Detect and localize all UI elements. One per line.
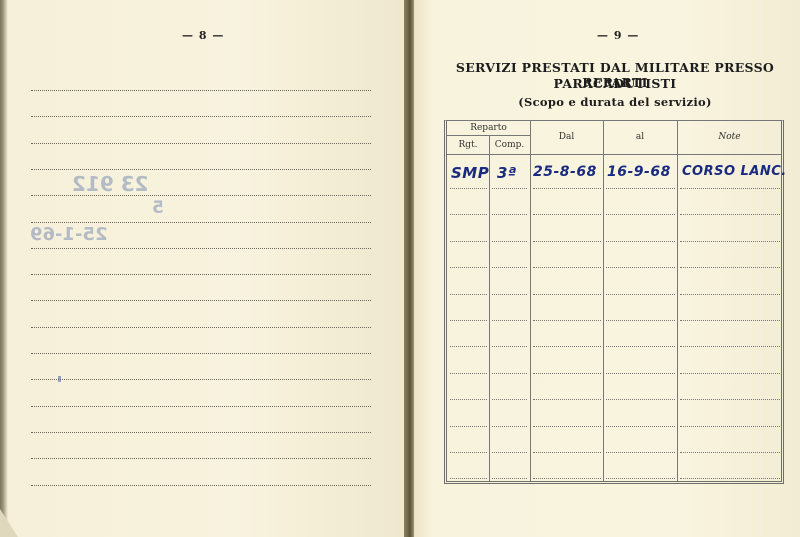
table-row-line <box>533 346 601 347</box>
table-row-line <box>606 241 675 242</box>
writing-line <box>31 90 371 91</box>
table-row-line <box>533 214 601 215</box>
table-row-line <box>450 241 487 242</box>
cell-rgt: SMP <box>451 164 489 182</box>
cell-comp: 3ª <box>497 164 517 182</box>
table-row-line <box>492 214 527 215</box>
table-row-line <box>680 267 780 268</box>
table-row-line <box>533 373 601 374</box>
table-row-line <box>680 188 780 189</box>
cell-dal: 25-8-68 <box>533 164 597 180</box>
col-divider-rgt <box>489 136 490 481</box>
table-row-line <box>450 188 487 189</box>
page-number-8: — 8 — <box>182 29 224 42</box>
writing-line <box>31 432 371 433</box>
writing-line <box>31 379 371 380</box>
table-row-line <box>492 320 527 321</box>
table-row-line <box>492 188 527 189</box>
table-row-line <box>450 346 487 347</box>
writing-line <box>31 274 371 275</box>
table-row-line <box>606 188 675 189</box>
table-row-line <box>680 399 780 400</box>
writing-line <box>31 485 371 486</box>
table-row-line <box>492 373 527 374</box>
table-row-line <box>606 426 675 427</box>
section-subtitle: (Scopo e durata del servizio) <box>430 95 800 109</box>
header-bottom <box>447 154 781 155</box>
header-dal: Dal <box>530 132 603 142</box>
left-page: — 8 — 23 912 5 25-1-69 <box>0 0 404 537</box>
table-row-line <box>533 241 601 242</box>
table-row-line <box>450 373 487 374</box>
writing-line <box>31 327 371 328</box>
table-row-line <box>680 346 780 347</box>
ink-speck <box>58 376 61 382</box>
table-row-line <box>492 452 527 453</box>
header-note: Note <box>677 132 782 142</box>
table-row-line <box>492 241 527 242</box>
writing-line <box>31 406 371 407</box>
table-row-line <box>606 346 675 347</box>
writing-line <box>31 353 371 354</box>
table-row-line <box>606 320 675 321</box>
col-divider-al <box>677 121 678 481</box>
table-row-line <box>606 478 675 479</box>
header-reparto: Reparto <box>447 123 530 133</box>
table-row-line <box>533 452 601 453</box>
cell-al: 16-9-68 <box>607 164 671 180</box>
writing-line <box>31 458 371 459</box>
table-row-line <box>533 294 601 295</box>
table-row-line <box>533 399 601 400</box>
cell-note: CORSO LANC. <box>682 164 787 179</box>
table-row-line <box>680 241 780 242</box>
header-rgt: Rgt. <box>447 140 489 150</box>
table-row-line <box>533 188 601 189</box>
table-row-line <box>606 373 675 374</box>
header-al: al <box>603 132 677 142</box>
table-row-line <box>492 294 527 295</box>
table-row-line <box>492 399 527 400</box>
writing-line <box>31 116 371 117</box>
table-row-line <box>606 452 675 453</box>
bleed-through-mark-2: 5 <box>152 198 164 218</box>
table-row-line <box>680 426 780 427</box>
table-row-line <box>606 399 675 400</box>
writing-line <box>31 222 371 223</box>
table-row-line <box>606 267 675 268</box>
table-row-line <box>533 320 601 321</box>
table-row-line <box>450 214 487 215</box>
table-row-line <box>450 452 487 453</box>
table-row-line <box>450 267 487 268</box>
writing-line <box>31 248 371 249</box>
table-row-line <box>533 426 601 427</box>
writing-line <box>31 143 371 144</box>
table-row-line <box>680 294 780 295</box>
book-spine <box>404 0 414 537</box>
table-row-line <box>533 478 601 479</box>
table-row-line <box>492 346 527 347</box>
table-row-line <box>680 320 780 321</box>
table-row-line <box>450 320 487 321</box>
writing-line <box>31 169 371 170</box>
table-row-line <box>492 426 527 427</box>
table-row-line <box>450 399 487 400</box>
folded-corner <box>0 509 18 537</box>
table-row-line <box>450 478 487 479</box>
header-split <box>447 135 530 136</box>
table-row-line <box>450 426 487 427</box>
table-row-line <box>492 267 527 268</box>
table-row-line <box>680 478 780 479</box>
table-row-line <box>450 294 487 295</box>
table-row-line <box>680 373 780 374</box>
table-row-line <box>606 214 675 215</box>
header-comp: Comp. <box>489 140 530 150</box>
table-row-line <box>680 214 780 215</box>
col-divider-dal <box>603 121 604 481</box>
bleed-through-mark-1: 23 912 <box>72 172 149 196</box>
table-row-line <box>606 294 675 295</box>
writing-line <box>31 300 371 301</box>
page-number-9: — 9 — <box>597 29 639 42</box>
bleed-through-mark-3: 25-1-69 <box>30 224 108 245</box>
section-title-line2: PARACADUTISTI <box>430 76 800 91</box>
col-divider-comp <box>530 121 531 481</box>
table-row-line <box>492 478 527 479</box>
table-row-line <box>533 267 601 268</box>
table-row-line <box>680 452 780 453</box>
